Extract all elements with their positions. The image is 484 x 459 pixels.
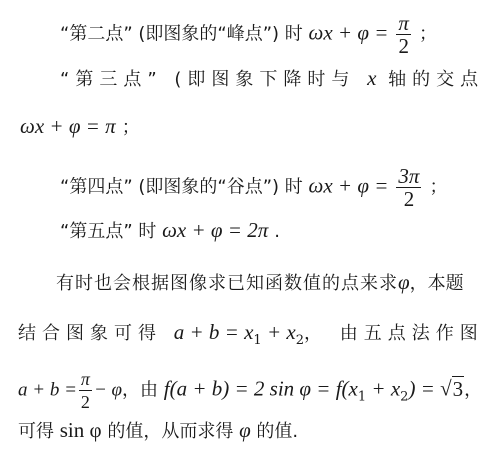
math-expression: ωx + φ = xyxy=(309,174,389,198)
fraction: 3π2 xyxy=(396,165,421,210)
punctuation: . xyxy=(274,221,280,242)
math-expression: sin φ xyxy=(60,418,102,442)
fraction-denominator: 2 xyxy=(396,188,421,210)
subscript: 1 xyxy=(253,333,261,348)
text: 可得 xyxy=(18,421,60,442)
math-expression: f(a + b) = 2 sin φ = f(x xyxy=(164,377,358,401)
text: 有时也会根据图像求已知函数值的点来求 xyxy=(56,273,398,294)
fraction: π2 xyxy=(396,12,411,57)
math-expression: ωx + φ = π xyxy=(20,114,116,138)
fraction-numerator: 3π xyxy=(396,165,421,188)
fraction-numerator: π xyxy=(79,368,92,391)
square-root: √3 xyxy=(440,376,464,401)
line-third-point-expr: ωx + φ = π ； xyxy=(20,114,140,140)
fraction-denominator: 2 xyxy=(79,391,92,413)
math-expression: ωx + φ = xyxy=(309,21,389,45)
line-fourth-point: “第四点” (即图象的“谷点”) 时 ωx + φ = 3π2 ； xyxy=(60,165,448,210)
punctuation: ， xyxy=(464,380,482,401)
punctuation: ； xyxy=(122,117,140,138)
fraction: π2 xyxy=(79,368,92,413)
text: “第五点” 时 xyxy=(60,221,162,242)
text: 的值，从而求得 xyxy=(102,421,239,442)
math-variable: φ xyxy=(398,270,410,294)
subscript: 2 xyxy=(296,333,304,348)
text: “第二点” (即图象的“峰点”) 时 xyxy=(60,24,309,45)
math-expression: − φ xyxy=(94,380,122,401)
paragraph-line-1: 有时也会根据图像求已知函数值的点来求φ，本题 xyxy=(56,270,464,296)
paragraph-line-2: 结合图象可得 a + b = x1 + x2， 由五点法作图求得 xyxy=(18,320,484,353)
radicand: 3 xyxy=(452,376,465,401)
math-expression: ) = xyxy=(408,377,440,401)
line-fifth-point: “第五点” 时 ωx + φ = 2π . xyxy=(60,218,280,244)
punctuation: ； xyxy=(430,177,448,198)
math-expression: ωx + φ = 2π xyxy=(162,218,268,242)
text: 结合图象可得 xyxy=(18,323,174,344)
text: ， 由五点法作图求得 xyxy=(304,323,484,344)
math-variable: φ xyxy=(239,418,251,442)
line-third-point: “第三点” (即图象下降时与 x 轴的交点) 时 xyxy=(60,66,484,92)
paragraph-line-4: 可得 sin φ 的值，从而求得 φ 的值. xyxy=(18,418,298,444)
line-second-point: “第二点” (即图象的“峰点”) 时 ωx + φ = π2 ； xyxy=(60,12,437,57)
text: ，本题 xyxy=(410,273,464,294)
fraction-numerator: π xyxy=(396,12,411,35)
text: ，由 xyxy=(122,380,164,401)
math-expression: + x xyxy=(262,320,296,344)
fraction-denominator: 2 xyxy=(396,35,411,57)
subscript: 1 xyxy=(358,389,366,404)
math-expression: a + b = xyxy=(18,380,77,401)
text: “第四点” (即图象的“谷点”) 时 xyxy=(60,177,309,198)
math-expression: + x xyxy=(366,377,400,401)
math-expression: a + b = x xyxy=(174,320,254,344)
paragraph-line-3: a + b =π2− φ，由 f(a + b) = 2 sin φ = f(x1… xyxy=(18,368,482,413)
punctuation: ； xyxy=(419,24,437,45)
text: 轴的交点) 时 xyxy=(376,69,484,90)
text: “第三点” (即图象下降时与 xyxy=(60,69,367,90)
text: 的值. xyxy=(251,421,298,442)
